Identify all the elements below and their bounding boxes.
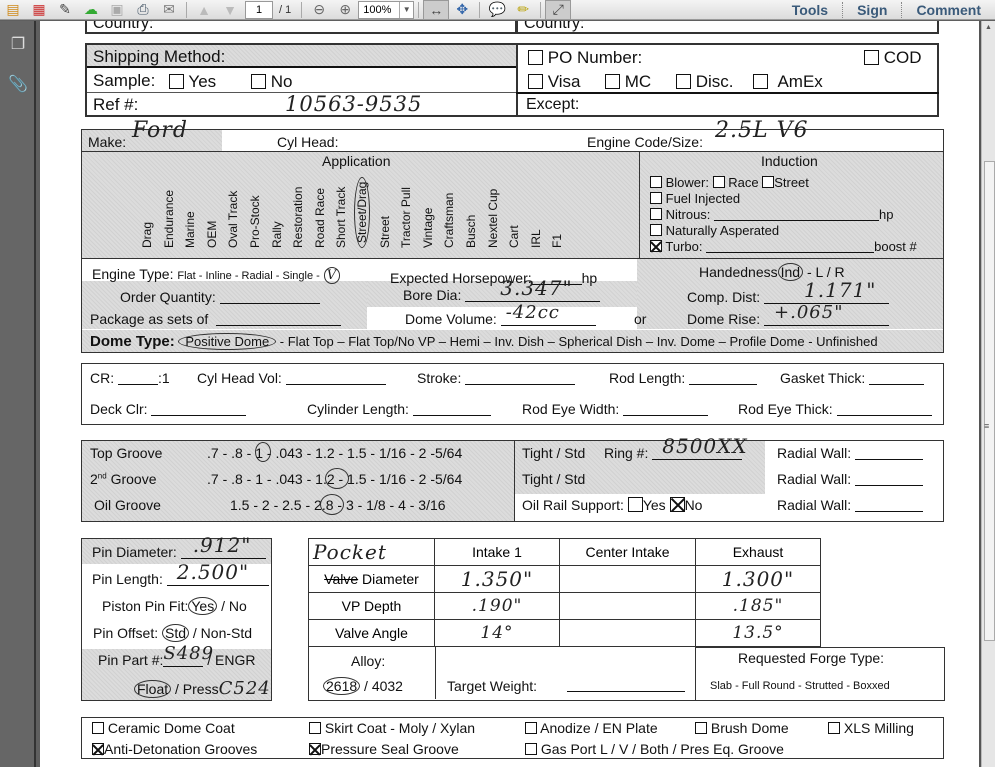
- rod-eye-width-label: Rod Eye Width:: [522, 401, 619, 417]
- radial-wall-field-3: Radial Wall:: [777, 497, 923, 513]
- option-label: XLS Milling: [844, 720, 914, 736]
- option-skirt-coat[interactable]: Skirt Coat - Moly / Xylan: [309, 720, 475, 736]
- edit-icon[interactable]: ✎: [52, 0, 78, 20]
- bore-field: Bore Dia: 3.347": [403, 287, 600, 303]
- pin-offset-field: Pin Offset: Std / Non-Std: [93, 625, 252, 641]
- application-option[interactable]: Pro-Stock: [248, 195, 262, 248]
- alloy-label: Alloy:: [351, 653, 385, 669]
- application-option[interactable]: Busch: [464, 215, 478, 248]
- pin-fit-no[interactable]: / No: [221, 598, 247, 614]
- application-option[interactable]: Street/Drag: [354, 177, 370, 248]
- forge-type-section: Requested Forge Type: Slab - Full Round …: [695, 647, 945, 701]
- comp-dist-value: 1.171": [804, 278, 876, 302]
- pin-fit-label: Piston Pin Fit:: [102, 598, 188, 614]
- application-option[interactable]: Marine: [183, 211, 197, 248]
- task-pane-links: Tools Sign Comment: [778, 0, 995, 20]
- ref-label: Ref #:: [93, 95, 138, 115]
- table-row: Valve Diameter 1.350" 1.300": [309, 566, 821, 593]
- checkbox[interactable]: [169, 74, 184, 89]
- valve-table-corner: Pocket: [309, 539, 435, 566]
- press-value: C524: [219, 678, 271, 699]
- application-option[interactable]: Craftsman: [442, 193, 456, 248]
- sign-button[interactable]: Sign: [842, 2, 901, 18]
- pin-part-value: S489: [163, 643, 214, 664]
- highlight-text-icon[interactable]: ✏: [510, 0, 536, 20]
- top-groove-selection-circle: [255, 442, 271, 462]
- alloy-weight-section: Alloy: 2618 / 4032 Target Weight:: [308, 647, 696, 701]
- gasket-thick-label: Gasket Thick:: [780, 370, 865, 386]
- pin-length-value: 2.500": [177, 560, 249, 584]
- pin-offset-label: Pin Offset:: [93, 625, 158, 641]
- toolbar: ▤ ▦ ✎ ☁ ▣ ⎙ ✉ ▲ ▼ 1 / 1 ⊖ ⊕ 100%▼ ↔ ✥ 💬 …: [0, 0, 995, 20]
- zoom-level-select[interactable]: 100%▼: [358, 1, 414, 19]
- cr-input[interactable]: [118, 371, 158, 385]
- pin-offset-nonstd[interactable]: / Non-Std: [193, 625, 252, 641]
- target-weight-input[interactable]: [567, 678, 685, 692]
- shipping-section: Shipping Method: Sample: Yes No Ref #: 1…: [85, 43, 518, 117]
- engine-type-label: Engine Type:: [92, 266, 173, 282]
- float-press-field: Float / PressC524: [134, 678, 271, 699]
- yes-label: Yes: [643, 497, 666, 513]
- scroll-grip-icon: ≡: [984, 421, 989, 431]
- fullscreen-icon[interactable]: ⤢: [545, 0, 571, 20]
- page-total: / 1: [279, 4, 291, 16]
- dome-volume-field: Dome Volume: -42cc: [405, 311, 596, 327]
- order-qty-input[interactable]: [220, 290, 320, 304]
- dome-type-label: Dome Type:: [90, 333, 175, 350]
- induction-section: Induction Blower: Race Street Fuel Injec…: [639, 151, 944, 259]
- cr-field: CR: :1: [90, 370, 170, 386]
- alloy-2618-selected[interactable]: 2618: [323, 677, 360, 695]
- intake-diameter-cell[interactable]: 1.350": [435, 566, 560, 593]
- fuel-injected-option[interactable]: Fuel Injected: [650, 191, 740, 206]
- rod-eye-width-input[interactable]: [623, 402, 708, 416]
- row-label: Valve Angle: [309, 620, 435, 647]
- make-value[interactable]: Ford: [132, 118, 188, 143]
- engine-type-selected[interactable]: V: [324, 267, 340, 284]
- second-tight-std[interactable]: Tight / Std: [522, 471, 585, 487]
- column-header-center-intake: Center Intake: [560, 539, 696, 566]
- comment-button[interactable]: Comment: [901, 2, 995, 18]
- combine-icon[interactable]: ▦: [26, 0, 52, 20]
- radial-wall-label: Radial Wall:: [777, 445, 851, 461]
- bore-input[interactable]: 3.347": [465, 288, 600, 302]
- street-checkbox[interactable]: [762, 176, 774, 188]
- gasket-thick-field: Gasket Thick:: [780, 370, 924, 386]
- save-icon[interactable]: ▣: [104, 0, 130, 20]
- po-label: PO Number:: [548, 48, 642, 67]
- ring-number-input[interactable]: 8500XX: [652, 446, 742, 460]
- street-label: Street: [774, 175, 809, 190]
- yes-label: Yes: [188, 72, 216, 91]
- application-option[interactable]: OEM: [205, 221, 219, 248]
- option-gas-port[interactable]: Gas Port L / V / Both / Pres Eq. Groove: [525, 741, 784, 757]
- center-intake-diameter-cell[interactable]: [560, 566, 696, 593]
- race-checkbox[interactable]: [713, 176, 725, 188]
- option-label: Anodize / EN Plate: [540, 720, 658, 736]
- separator: [186, 2, 187, 18]
- checkbox[interactable]: [676, 74, 691, 89]
- pin-length-field: Pin Length: 2.500": [92, 571, 269, 587]
- engine-code-value[interactable]: 2.5L V6: [715, 118, 808, 143]
- cylinder-length-label: Cylinder Length:: [307, 401, 409, 417]
- application-option[interactable]: Road Race: [313, 188, 327, 248]
- disc-option[interactable]: Disc.: [676, 72, 734, 92]
- checkbox[interactable]: [650, 208, 662, 220]
- nitrous-hp-field[interactable]: [714, 207, 879, 221]
- fit-page-icon[interactable]: ✥: [449, 0, 475, 20]
- mc-option[interactable]: MC: [605, 72, 651, 92]
- cyl-head-vol-field: Cyl Head Vol:: [197, 370, 386, 386]
- radial-wall-input[interactable]: [855, 498, 923, 512]
- application-option[interactable]: F1: [550, 234, 564, 248]
- top-groove-options[interactable]: .7 - .8 - 1 - .043 - 1.2 - 1.5 - 1/16 - …: [207, 445, 462, 461]
- sample-yes-option[interactable]: Yes: [169, 72, 216, 92]
- center-intake-valve-angle-cell[interactable]: [560, 620, 696, 647]
- country-left-field: Country:: [85, 21, 517, 34]
- attachment-icon[interactable]: 📎: [0, 69, 36, 99]
- zoom-in-icon[interactable]: ⊕: [332, 0, 358, 20]
- dome-rise-input[interactable]: +.065": [764, 312, 889, 326]
- pin-offset-std-selected[interactable]: Std: [162, 624, 189, 642]
- engine-type-options: Flat - Inline - Radial - Single -: [177, 270, 319, 282]
- zoom-out-icon[interactable]: ⊖: [306, 0, 332, 20]
- nitrous-label: Nitrous:: [666, 207, 711, 222]
- mc-label: MC: [625, 72, 651, 91]
- dome-rise-field: Dome Rise: +.065": [687, 311, 889, 327]
- document-page: Country: Country: Shipping Method: Sampl…: [40, 21, 955, 767]
- intake-vp-depth-cell[interactable]: .190": [435, 593, 560, 620]
- bore-value: 3.347": [500, 276, 572, 300]
- bore-label: Bore Dia:: [403, 287, 461, 303]
- option-label: Brush Dome: [711, 720, 789, 736]
- scroll-up-icon[interactable]: ▲: [985, 24, 992, 31]
- blower-label: Blower:: [666, 175, 709, 190]
- print-icon[interactable]: ⎙: [130, 0, 156, 20]
- dome-volume-value: -42cc: [506, 302, 560, 323]
- option-label: Anti-Detonation Grooves: [104, 741, 257, 757]
- pin-diameter-label: Pin Diameter:: [92, 544, 177, 560]
- package-field: Package as sets of: [90, 311, 341, 327]
- cyl-head-label: Cyl Head:: [277, 134, 338, 150]
- upload-cloud-icon[interactable]: ☁: [78, 0, 104, 20]
- deck-clr-label: Deck Clr:: [90, 401, 148, 417]
- dome-volume-input[interactable]: -42cc: [501, 312, 596, 326]
- pin-part-input[interactable]: S489: [163, 653, 203, 667]
- table-row: VP Depth .190" .185": [309, 593, 821, 620]
- sample-no-option[interactable]: No: [251, 72, 292, 92]
- application-title: Application: [322, 153, 391, 169]
- stroke-input[interactable]: [465, 371, 575, 385]
- application-option[interactable]: Endurance: [162, 190, 176, 248]
- stroke-field: Stroke:: [417, 370, 575, 386]
- create-icon[interactable]: ▤: [0, 0, 26, 20]
- sample-label: Sample:: [93, 71, 155, 91]
- float-selected[interactable]: Float: [134, 680, 171, 698]
- race-label: Race: [728, 175, 758, 190]
- pin-part-field: Pin Part #:S489 / ENGR: [98, 652, 256, 668]
- no-label: No: [685, 497, 703, 513]
- page-number-input[interactable]: 1: [245, 1, 273, 19]
- rod-eye-thick-label: Rod Eye Thick:: [738, 401, 833, 417]
- column-header-exhaust: Exhaust: [696, 539, 821, 566]
- amex-option[interactable]: AmEx: [753, 72, 823, 92]
- dome-rise-label: Dome Rise:: [687, 311, 760, 327]
- option-label: Pressure Seal Groove: [321, 741, 459, 757]
- pin-diameter-field: Pin Diameter: .912": [92, 544, 266, 560]
- struck-label: Valve: [324, 571, 358, 587]
- checkbox[interactable]: [251, 74, 266, 89]
- hp-unit: hp: [879, 207, 893, 222]
- disc-label: Disc.: [696, 72, 734, 91]
- comp-dist-label: Comp. Dist:: [687, 289, 760, 305]
- specs-section: Engine Type: Flat - Inline - Radial - Si…: [81, 258, 944, 353]
- engr-label: / ENGR: [207, 652, 255, 668]
- option-xls-milling[interactable]: XLS Milling: [828, 720, 914, 736]
- forge-type-options[interactable]: Slab - Full Round - Strutted - Boxxed: [710, 680, 890, 692]
- separator: [418, 2, 419, 18]
- order-qty-label: Order Quantity:: [120, 289, 216, 305]
- press-option[interactable]: / Press: [175, 681, 219, 697]
- option-label: Gas Port L / V / Both / Pres Eq. Groove: [541, 741, 784, 757]
- intake-valve-angle-cell[interactable]: 14°: [435, 620, 560, 647]
- radial-wall-field-2: Radial Wall:: [777, 471, 923, 487]
- pin-length-input[interactable]: 2.500": [167, 572, 269, 586]
- hp-unit: hp: [582, 270, 598, 286]
- top-tight-std[interactable]: Tight / Std: [522, 445, 585, 461]
- zoom-level-value: 100%: [363, 4, 391, 16]
- ring-groove-section: Top Groove .7 - .8 - 1 - .043 - 1.2 - 1.…: [81, 440, 944, 522]
- row-label: Valve Diameter: [309, 566, 435, 593]
- pin-diameter-input[interactable]: .912": [181, 545, 266, 559]
- dome-type-selected[interactable]: Positive Dome: [178, 333, 276, 350]
- cr-label: CR:: [90, 370, 114, 386]
- make-label: Make:: [88, 134, 126, 150]
- application-option[interactable]: Street: [378, 216, 392, 248]
- radial-wall-field-1: Radial Wall:: [777, 445, 923, 461]
- checkbox[interactable]: [309, 722, 321, 734]
- scrollbar-thumb[interactable]: [984, 161, 995, 641]
- center-intake-vp-depth-cell[interactable]: [560, 593, 696, 620]
- deck-clr-input[interactable]: [151, 402, 246, 416]
- or-label: or: [634, 311, 646, 327]
- checkbox[interactable]: [528, 50, 543, 65]
- second-groove-selection-circle: [325, 468, 349, 489]
- except-label: Except:: [526, 96, 579, 114]
- radial-wall-input[interactable]: [855, 472, 923, 486]
- gasket-thick-input[interactable]: [869, 371, 924, 385]
- tools-button[interactable]: Tools: [778, 2, 842, 18]
- fuel-injected-label: Fuel Injected: [666, 191, 740, 206]
- ring-number-value: 8500XX: [662, 434, 747, 458]
- oil-groove-label: Oil Groove: [94, 497, 161, 513]
- second-groove-label: 2nd Groove: [90, 471, 157, 487]
- valve-pocket-table: Pocket Intake 1 Center Intake Exhaust Va…: [308, 538, 821, 647]
- boost-field[interactable]: [706, 239, 874, 253]
- checkbox[interactable]: [828, 722, 840, 734]
- rod-length-input[interactable]: [689, 371, 757, 385]
- pin-diameter-value: .912": [193, 533, 252, 557]
- handedness-label: Handedness: [699, 264, 778, 280]
- oil-rail-label: Oil Rail Support:: [522, 497, 624, 513]
- application-option[interactable]: Oval Track: [226, 191, 240, 248]
- diameter-label: Diameter: [362, 571, 419, 587]
- option-brush-dome[interactable]: Brush Dome: [695, 720, 789, 736]
- exhaust-diameter-cell[interactable]: 1.300": [696, 566, 821, 593]
- cylinder-length-input[interactable]: [413, 402, 491, 416]
- checkbox[interactable]: [605, 74, 620, 89]
- visa-label: Visa: [548, 72, 581, 91]
- comment-bubble-icon[interactable]: 💬: [484, 0, 510, 20]
- application-option[interactable]: Vintage: [421, 208, 435, 248]
- checkbox[interactable]: [695, 722, 707, 734]
- option-label: Skirt Coat - Moly / Xylan: [325, 720, 475, 736]
- cylinder-length-field: Cylinder Length:: [307, 401, 491, 417]
- po-number-option[interactable]: PO Number:: [528, 48, 642, 68]
- checkbox[interactable]: [650, 224, 662, 236]
- separator: [479, 2, 480, 18]
- pocket-note: Pocket: [313, 540, 387, 564]
- no-label: No: [271, 72, 293, 91]
- turbo-option[interactable]: Turbo: boost #: [650, 239, 917, 254]
- exhaust-vp-depth-cell[interactable]: .185": [696, 593, 821, 620]
- application-option[interactable]: Drag: [140, 222, 154, 248]
- exhaust-valve-angle-cell[interactable]: 13.5°: [696, 620, 821, 647]
- order-qty-field: Order Quantity:: [120, 289, 320, 305]
- make-row: Make: Ford Cyl Head: Engine Code/Size: 2…: [81, 129, 944, 152]
- application-option[interactable]: Nextel Cup: [486, 189, 500, 248]
- turbo-label: Turbo:: [665, 239, 702, 254]
- turbo-checkbox-checked[interactable]: [650, 240, 662, 252]
- pin-part-label: Pin Part #:: [98, 652, 163, 668]
- vertical-scrollbar[interactable]: ▲ ≡: [981, 21, 995, 767]
- oil-rail-field: Oil Rail Support: Yes No: [522, 497, 702, 513]
- application-option[interactable]: Short Track: [334, 187, 348, 248]
- measurements-section: CR: :1 Cyl Head Vol: Stroke: Rod Length:…: [81, 363, 944, 425]
- application-option[interactable]: IRL: [529, 229, 543, 248]
- checkbox[interactable]: [525, 722, 537, 734]
- checkbox-checked[interactable]: [92, 743, 104, 755]
- option-ceramic-dome-coat[interactable]: Ceramic Dome Coat: [92, 720, 235, 736]
- application-option[interactable]: Rally: [270, 221, 284, 248]
- separator: [301, 2, 302, 18]
- stroke-label: Stroke:: [417, 370, 461, 386]
- oil-rail-yes-checkbox[interactable]: [628, 497, 643, 512]
- country-label: Country:: [93, 21, 153, 33]
- dome-type-field: Dome Type: Positive Dome - Flat Top – Fl…: [90, 333, 878, 350]
- column-header-intake: Intake 1: [435, 539, 560, 566]
- alloy-options: 2618 / 4032: [323, 678, 403, 694]
- previous-page-icon[interactable]: ▲: [191, 0, 217, 20]
- pages-icon[interactable]: ❐: [0, 29, 36, 59]
- separator: [540, 2, 541, 18]
- forge-type-label: Requested Forge Type:: [738, 650, 884, 666]
- page-gutter: [955, 21, 981, 767]
- naturally-aspirated-option[interactable]: Naturally Asperated: [650, 223, 779, 238]
- application-option[interactable]: Restoration: [291, 187, 305, 248]
- cod-option[interactable]: COD: [864, 48, 922, 68]
- dome-rise-value: +.065": [774, 302, 843, 323]
- checkbox[interactable]: [650, 176, 662, 188]
- pin-fit-yes-selected[interactable]: Yes: [188, 597, 217, 615]
- blower-option[interactable]: Blower: Race Street: [650, 175, 809, 190]
- rod-eye-thick-field: Rod Eye Thick:: [738, 401, 932, 417]
- top-groove-label: Top Groove: [90, 445, 162, 461]
- rod-length-label: Rod Length:: [609, 370, 685, 386]
- checkbox[interactable]: [525, 743, 537, 755]
- handedness-selected[interactable]: Ind: [778, 263, 803, 281]
- next-page-icon[interactable]: ▼: [217, 0, 243, 20]
- rod-length-field: Rod Length:: [609, 370, 757, 386]
- dome-volume-label: Dome Volume:: [405, 311, 497, 327]
- checkbox[interactable]: [92, 722, 104, 734]
- naturally-aspirated-label: Naturally Asperated: [666, 223, 779, 238]
- package-label: Package as sets of: [90, 311, 208, 327]
- options-section: Ceramic Dome Coat Skirt Coat - Moly / Xy…: [81, 717, 944, 759]
- application-option[interactable]: Tractor Pull: [399, 187, 413, 248]
- application-option[interactable]: Cart: [507, 225, 521, 248]
- navigation-pane: ❐ 📎: [0, 21, 36, 767]
- radial-wall-label: Radial Wall:: [777, 497, 851, 513]
- option-pressure-seal-groove[interactable]: Pressure Seal Groove: [309, 741, 459, 757]
- induction-title: Induction: [761, 153, 818, 169]
- chevron-down-icon[interactable]: ▼: [399, 2, 413, 18]
- payment-section: PO Number: COD Visa MC Disc. AmEx Except…: [516, 43, 939, 117]
- email-icon[interactable]: ✉: [156, 0, 182, 20]
- application-section: Application DragEnduranceMarineOEMOval T…: [81, 151, 640, 259]
- ring-number-label: Ring #:: [604, 445, 648, 461]
- nitrous-option[interactable]: Nitrous: hp: [650, 207, 894, 222]
- deck-clr-field: Deck Clr:: [90, 401, 246, 417]
- oil-rail-no-checkbox-checked[interactable]: [670, 497, 685, 512]
- country-right-field: Country:: [516, 21, 939, 34]
- country-label: Country:: [524, 21, 584, 33]
- pin-fit-field: Piston Pin Fit:Yes / No: [102, 598, 247, 614]
- checkbox[interactable]: [650, 192, 662, 204]
- fit-width-icon[interactable]: ↔: [423, 0, 449, 20]
- engine-code-label: Engine Code/Size:: [587, 134, 703, 150]
- ref-value[interactable]: 10563-9535: [285, 92, 422, 116]
- checkbox-checked[interactable]: [309, 743, 321, 755]
- shipping-method-label: Shipping Method:: [93, 47, 225, 67]
- cod-label: COD: [884, 48, 922, 67]
- radial-wall-label: Radial Wall:: [777, 471, 851, 487]
- radial-wall-input[interactable]: [855, 446, 923, 460]
- checkbox[interactable]: [864, 50, 879, 65]
- alloy-4032-option[interactable]: / 4032: [364, 678, 403, 694]
- target-weight-label: Target Weight:: [447, 678, 537, 694]
- dome-type-options: - Flat Top – Flat Top/No VP – Hemi – Inv…: [280, 334, 878, 349]
- option-label: Ceramic Dome Coat: [108, 720, 235, 736]
- rod-eye-width-field: Rod Eye Width:: [522, 401, 708, 417]
- checkbox[interactable]: [753, 74, 768, 89]
- boost-unit: boost #: [874, 239, 917, 254]
- engine-type-field: Engine Type: Flat - Inline - Radial - Si…: [92, 266, 340, 283]
- visa-option[interactable]: Visa: [528, 72, 581, 92]
- oil-groove-selection-circle: [320, 494, 344, 515]
- cyl-head-vol-input[interactable]: [286, 371, 386, 385]
- cyl-head-vol-label: Cyl Head Vol:: [197, 370, 282, 386]
- ring-number-field: Ring #: 8500XX: [604, 445, 742, 461]
- cr-suffix: :1: [158, 370, 170, 386]
- rod-eye-thick-input[interactable]: [837, 402, 932, 416]
- row-label: VP Depth: [309, 593, 435, 620]
- option-anodize[interactable]: Anodize / EN Plate: [525, 720, 658, 736]
- package-input[interactable]: [216, 312, 341, 326]
- checkbox[interactable]: [528, 74, 543, 89]
- pin-length-label: Pin Length:: [92, 571, 163, 587]
- option-anti-detonation-grooves[interactable]: Anti-Detonation Grooves: [92, 741, 257, 757]
